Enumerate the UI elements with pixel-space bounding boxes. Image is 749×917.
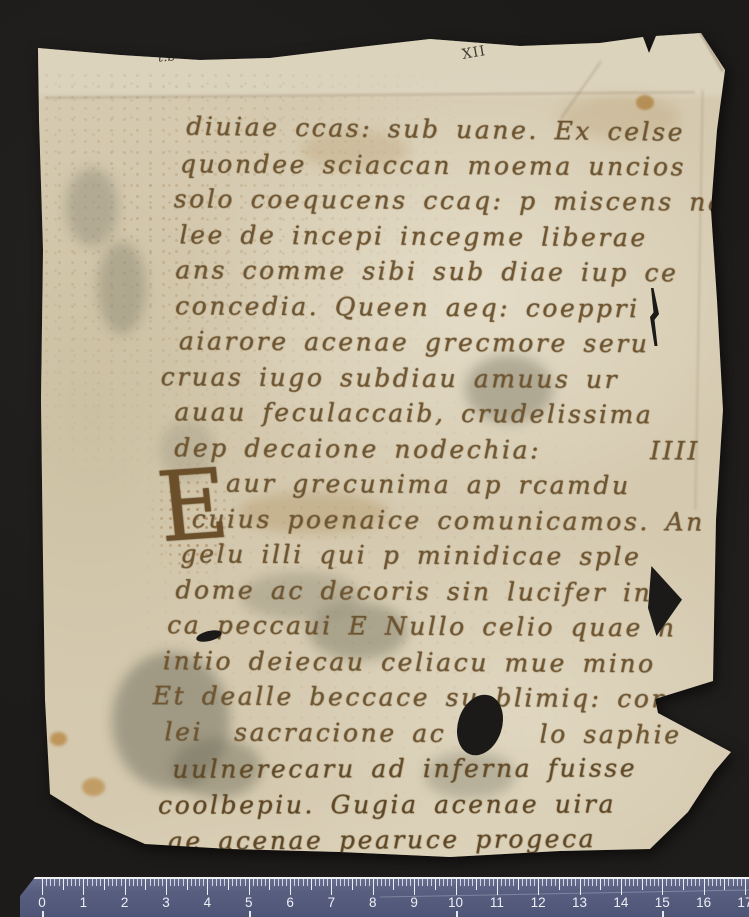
ruler-tick (451, 879, 452, 886)
ruler-tick (563, 879, 564, 886)
ruler-number: 13 (572, 895, 587, 910)
ruler-bottom-tick (662, 911, 664, 917)
ruler-tick (121, 879, 122, 886)
ruler-tick (575, 879, 576, 886)
ruler-tick (216, 879, 217, 886)
ruler-tick (671, 879, 672, 886)
ruler-tick (116, 879, 117, 886)
ruler-tick (613, 879, 614, 886)
ruler-tick (480, 879, 481, 886)
ruler-tick (666, 879, 667, 886)
ruler-tick (303, 879, 304, 886)
ruler-tick (63, 879, 64, 890)
parchment-wrap: diuiae ccas: sub uane. Ex celsequondee s… (0, 0, 749, 917)
ruler-tick (733, 879, 734, 886)
ruler-tick (290, 879, 291, 895)
ruler-tick (162, 879, 163, 886)
ruler-tick (625, 879, 626, 886)
ruler-tick (67, 879, 68, 886)
ruler-tick (112, 879, 113, 886)
ruler-tick (187, 879, 188, 890)
ruler-tick (323, 879, 324, 886)
ruler-tick (393, 879, 394, 890)
ruler-tick (642, 879, 643, 890)
ruler-tick (745, 879, 746, 895)
ruler-tick (654, 879, 655, 886)
manuscript-lines: diuiae ccas: sub uane. Ex celsequondee s… (170, 110, 735, 859)
ruler-tick (724, 879, 725, 890)
ruler-tick (484, 879, 485, 886)
ruler-number: 14 (613, 895, 628, 910)
ruler-tick (493, 879, 494, 886)
ruler-number: 12 (531, 895, 546, 910)
ruler-tick (596, 879, 597, 886)
ruler-tick (224, 879, 225, 886)
ruler-tick (253, 879, 254, 886)
ruler-tick (307, 879, 308, 886)
ruler-tick (54, 879, 55, 886)
ruler-tick (418, 879, 419, 886)
ruler-tick (505, 879, 506, 886)
ruler-tick (398, 879, 399, 886)
ruler-number: 6 (286, 895, 294, 910)
ruler-number: 15 (655, 895, 670, 910)
ruler-tick (352, 879, 353, 890)
ruler-tick (431, 879, 432, 886)
ruler-tick (228, 879, 229, 890)
ruler-tick (191, 879, 192, 886)
ruler-tick (282, 879, 283, 886)
ruler-tick (83, 879, 84, 895)
ruler-tick (687, 879, 688, 886)
manuscript-line: cruas iugo subdiau amuus ur (161, 359, 733, 398)
ruler-tick (92, 879, 93, 886)
ruler-tick (534, 879, 535, 886)
ruler-tick (265, 879, 266, 886)
ruler-tick (683, 879, 684, 890)
ruler-tick (385, 879, 386, 886)
ruler-tick (675, 879, 676, 886)
ruler-tick (240, 879, 241, 886)
ruler-tick (637, 879, 638, 886)
ruler-tick (716, 879, 717, 886)
manuscript-line: dome ac decoris sin lucifer in (175, 572, 731, 611)
ruler-tick (501, 879, 502, 886)
ruler-tick (220, 879, 221, 886)
stain (98, 242, 146, 334)
ruler-tick (695, 879, 696, 886)
ruler-tick (319, 879, 320, 886)
fold-crease (699, 31, 724, 72)
ruler-tick (294, 879, 295, 886)
ruler-tick (232, 879, 233, 886)
ruler-tick (621, 879, 622, 895)
ruler-tick (75, 879, 76, 886)
ruler-tick (460, 879, 461, 886)
ruler-tick (447, 879, 448, 886)
ruler-tick (274, 879, 275, 886)
ruler-tick (331, 879, 332, 895)
ruler-tick (414, 879, 415, 895)
ruler-number: 0 (38, 895, 46, 910)
ruler-bottom-tick (456, 911, 458, 917)
ruler-bottom-tick (42, 911, 44, 917)
ruler-tick (257, 879, 258, 886)
ruler-tick (526, 879, 527, 886)
ruler-tick (96, 879, 97, 886)
ruler-number: 8 (369, 895, 377, 910)
ruler-tick (633, 879, 634, 886)
ruler-tick (580, 879, 581, 895)
ruler-tick (662, 879, 663, 895)
ruler-tick (311, 879, 312, 890)
manuscript-line: quondee sciaccan moema uncios (180, 146, 734, 185)
ruler-tick (145, 879, 146, 890)
ruler-tick (158, 879, 159, 886)
manuscript-line: ae acenae pearuce progeca (168, 820, 730, 859)
ruler-number: 7 (328, 895, 336, 910)
ruler-tick (79, 879, 80, 886)
ruler-tick (439, 879, 440, 886)
ruler-tick (604, 879, 605, 886)
ruler-tick (522, 879, 523, 886)
ruler-tick (133, 879, 134, 886)
ruler-tick (422, 879, 423, 886)
ruler-tick (137, 879, 138, 886)
ruler-number: 4 (204, 895, 212, 910)
ruler-tick (513, 879, 514, 886)
ruler-tick (108, 879, 109, 886)
ruler-tick (381, 879, 382, 886)
ruler-number: 9 (410, 895, 418, 910)
manuscript-line: aiarore acenae grecmore seru (179, 323, 733, 362)
manuscript-line: auau feculaccaib, crudelissima (174, 394, 732, 433)
manuscript-line: coolbepiu. Gugia acenae uira (158, 786, 730, 823)
ruler-tick (278, 879, 279, 886)
ruler-tick (129, 879, 130, 886)
manuscript-line: diuiae ccas: sub uane. Ex celse (186, 109, 734, 151)
ruler-tick (567, 879, 568, 886)
ruler-number: 16 (696, 895, 711, 910)
ruler-tick (340, 879, 341, 886)
ruler-tick (600, 879, 601, 890)
ruler-tick (87, 879, 88, 886)
ruler-tick (236, 879, 237, 886)
ruler-tick (555, 879, 556, 886)
ruler-tick (154, 879, 155, 886)
ruler-tick (679, 879, 680, 886)
ruler-tick (336, 879, 337, 886)
ruler-number: 1 (80, 895, 88, 910)
ruler-tick (46, 879, 47, 886)
parchment-page: diuiae ccas: sub uane. Ex celsequondee s… (0, 0, 749, 917)
stain (636, 95, 654, 110)
ruler-tick (207, 879, 208, 895)
ruler-tick (741, 879, 742, 886)
stain (50, 732, 67, 746)
manuscript-line: Et dealle beccace su blimiq: cong (153, 678, 731, 717)
ruler-tick (269, 879, 270, 890)
ruler-tick (402, 879, 403, 886)
ruler-tick (59, 879, 60, 886)
ruler-number: 10 (448, 895, 463, 910)
ruler-tick (542, 879, 543, 886)
ruler-number: 2 (121, 895, 129, 910)
ruler-tick (584, 879, 585, 886)
manuscript-line: intio deiecau celiacu mue mino (163, 643, 731, 682)
ruler-tick (170, 879, 171, 886)
ruler-tick (571, 879, 572, 886)
ruler-tick (104, 879, 105, 890)
ruler-tick (608, 879, 609, 886)
ruler-tick (708, 879, 709, 886)
ruler-tick (538, 879, 539, 895)
ruler-tick (518, 879, 519, 890)
ruler-tick (344, 879, 345, 886)
ruler-tick (249, 879, 250, 895)
ruler-tick (100, 879, 101, 886)
ruler: 01234567891011121314151617 (20, 877, 749, 917)
quire-number: XII (461, 43, 487, 63)
manuscript-line: solo coequcens ccaq: p miscens nal (174, 181, 734, 220)
ruler-tick (559, 879, 560, 890)
ruler-tick (298, 879, 299, 886)
ruler-tick (551, 879, 552, 886)
ruler-tick (406, 879, 407, 886)
ruler-tick (443, 879, 444, 886)
manuscript-line: concedia. Queen aeq: coeppri (175, 288, 733, 327)
ruler-tick (377, 879, 378, 886)
ruler-tick (42, 879, 43, 895)
decorated-initial: E (153, 456, 233, 556)
stain (66, 168, 118, 246)
ruler-tick (476, 879, 477, 890)
ruler-tick (691, 879, 692, 886)
ruler-tick (166, 879, 167, 895)
ruler-tick (50, 879, 51, 886)
ruler-tick (712, 879, 713, 886)
ruler-tick (464, 879, 465, 886)
manuscript-line: gelu illi qui p minidicae sple (180, 536, 731, 575)
ruler-scratch (380, 889, 749, 897)
ruler-tick (530, 879, 531, 886)
manuscript-photo: diuiae ccas: sub uane. Ex celsequondee s… (0, 0, 749, 917)
ruler-number: 3 (162, 895, 170, 910)
stain (82, 778, 105, 796)
ruler-tick (472, 879, 473, 886)
ruler-tick (212, 879, 213, 886)
ruler-tick (327, 879, 328, 886)
manuscript-line: dep decaione nodechia: IIII (174, 430, 732, 469)
ruler-number: 17 (737, 895, 749, 910)
ruler-tick (435, 879, 436, 890)
manuscript-line: lei sacracione ac lo saphie (164, 714, 730, 753)
ruler-tick (456, 879, 457, 895)
ruler-tick (174, 879, 175, 886)
manuscript-line: cuius poenaice comunicamos. An (192, 501, 732, 540)
ruler-tick (468, 879, 469, 886)
ruler-tick (71, 879, 72, 886)
ruler-tick (704, 879, 705, 895)
manuscript-line: ca peccaui E Nullo celio quae h (167, 607, 731, 646)
ruler-tick (245, 879, 246, 886)
ruler-tick (699, 879, 700, 886)
top-left-mark: t.b (157, 49, 176, 65)
ruler-tick (199, 879, 200, 886)
ruler-tick (410, 879, 411, 886)
ruler-tick (150, 879, 151, 886)
ruler-tick (489, 879, 490, 886)
ruler-tick (720, 879, 721, 886)
ruler-tick (592, 879, 593, 886)
ruler-tick (195, 879, 196, 886)
ruler-tick (629, 879, 630, 886)
ruler-tick (728, 879, 729, 886)
ruler-tick (617, 879, 618, 886)
ruler-tick (658, 879, 659, 886)
ruler-number: 5 (245, 895, 253, 910)
ruler-tick (509, 879, 510, 886)
ruler-tick (588, 879, 589, 886)
ruler-tick (360, 879, 361, 886)
ruler-tick (315, 879, 316, 886)
manuscript-line: uulnerecaru ad inferna fuisse (172, 750, 730, 787)
ruler-tick (141, 879, 142, 886)
manuscript-line: ans comme sibi sub diae iup ce (175, 252, 733, 291)
ruler-tick (646, 879, 647, 886)
ruler-tick (203, 879, 204, 886)
ruler-bottom-tick (249, 911, 251, 917)
ruler-tick (369, 879, 370, 886)
ruler-tick (389, 879, 390, 886)
ruler-tick (348, 879, 349, 886)
manuscript-line: lee de incepi incegme liberae (179, 217, 733, 256)
ruler-tick (178, 879, 179, 886)
ruler-tick (183, 879, 184, 886)
ruler-tick (356, 879, 357, 886)
ruler-tick (546, 879, 547, 886)
ruler-tick (125, 879, 126, 895)
ruler-tick (365, 879, 366, 886)
ruler-tick (286, 879, 287, 886)
ruler-tick (261, 879, 262, 886)
ruler-tick (650, 879, 651, 886)
ruler-number: 11 (490, 895, 504, 910)
manuscript-line: aur grecunima ap rcamdu (226, 466, 732, 505)
ruler-tick (737, 879, 738, 886)
ruler-tick (427, 879, 428, 886)
ruler-tick (373, 879, 374, 895)
ruler-tick (497, 879, 498, 895)
